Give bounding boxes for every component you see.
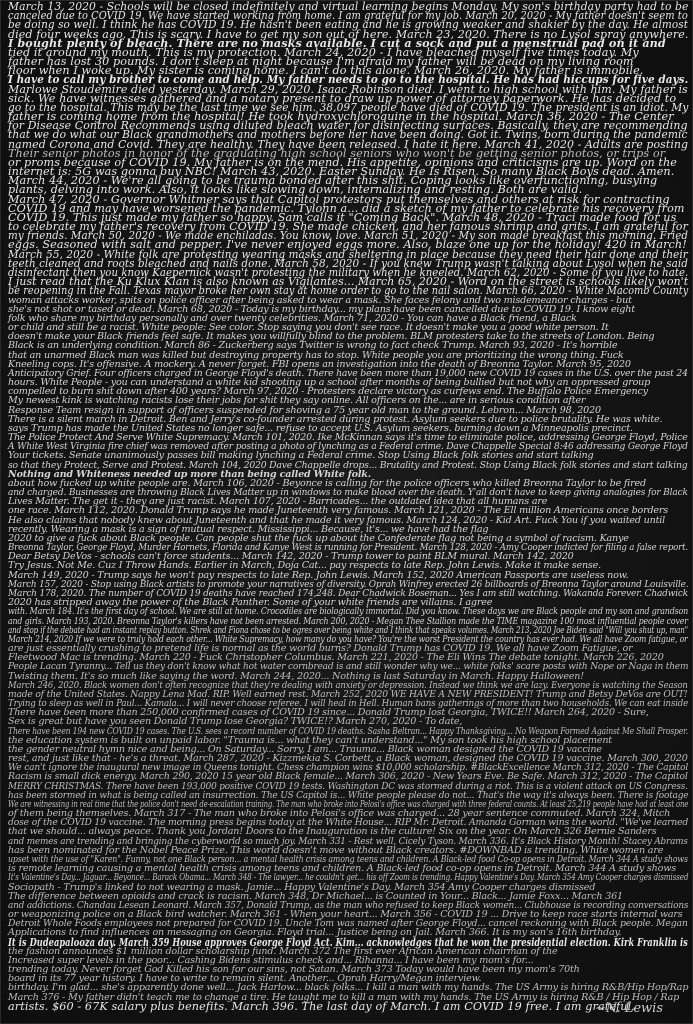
painting-canvas: March 13, 2020 - Schools will be closed …	[0, 0, 693, 1024]
artist-signature: ~N. Lewis	[595, 1001, 663, 1016]
text-line: artists. $60 - 67K salary plus benefits.…	[8, 1002, 688, 1011]
handwritten-text-block: March 13, 2020 - Schools will be closed …	[8, 2, 688, 1011]
